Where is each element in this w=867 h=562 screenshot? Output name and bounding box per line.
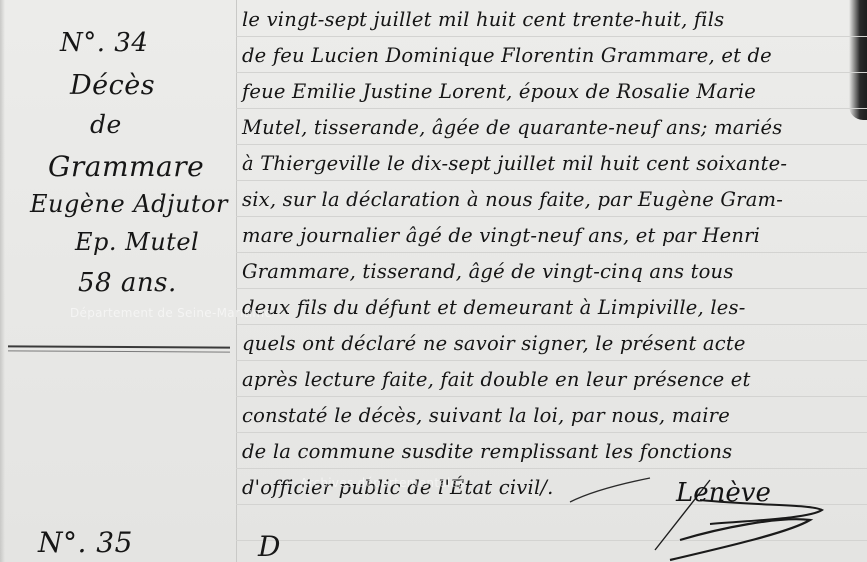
entry-heading: Décès (70, 70, 155, 101)
next-entry-start: D (258, 530, 280, 562)
deceased-given-names: Eugène Adjutor (30, 190, 228, 218)
body-line: Grammare, tisserand, âgé de vingt-cinq a… (242, 260, 734, 283)
body-line: six, sur la déclaration à nous faite, pa… (242, 188, 783, 211)
entry-number: N°. 34 (60, 28, 148, 58)
entry-divider (8, 345, 230, 352)
next-entry-number: N°. 35 (38, 526, 133, 559)
archive-watermark: Département de Seine-Maritime (70, 306, 272, 320)
deceased-surname: Grammare (48, 150, 204, 183)
register-page: N°. 34 Décès de Grammare Eugène Adjutor … (0, 0, 867, 562)
body-line: après lecture faite, fait double en leur… (242, 368, 751, 391)
body-line: deux fils du défunt et demeurant à Limpi… (242, 296, 746, 319)
body-line: le vingt-sept juillet mil huit cent tren… (242, 8, 724, 31)
body-line: de feu Lucien Dominique Florentin Gramma… (242, 44, 772, 67)
margin-column: N°. 34 Décès de Grammare Eugène Adjutor … (0, 0, 236, 562)
body-line: Mutel, tisserande, âgée de quarante-neuf… (242, 116, 783, 139)
body-line: de la commune susdite remplissant les fo… (242, 440, 732, 463)
body-line: à Thiergeville le dix-sept juillet mil h… (242, 152, 787, 175)
deceased-spouse: Ep. Mutel (75, 228, 199, 256)
body-line: feue Emilie Justine Lorent, époux de Ros… (242, 80, 756, 103)
body-line: mare journalier âgé de vingt-neuf ans, e… (242, 224, 760, 247)
deceased-age: 58 ans. (78, 268, 177, 298)
body-line: quels ont déclaré ne savoir signer, le p… (242, 332, 746, 355)
entry-connector: de (90, 110, 122, 139)
archive-watermark: Archives départementales (300, 476, 465, 490)
mayor-signature: Lenève (676, 478, 771, 508)
body-line: constaté le décès, suivant la loi, par n… (242, 404, 730, 427)
